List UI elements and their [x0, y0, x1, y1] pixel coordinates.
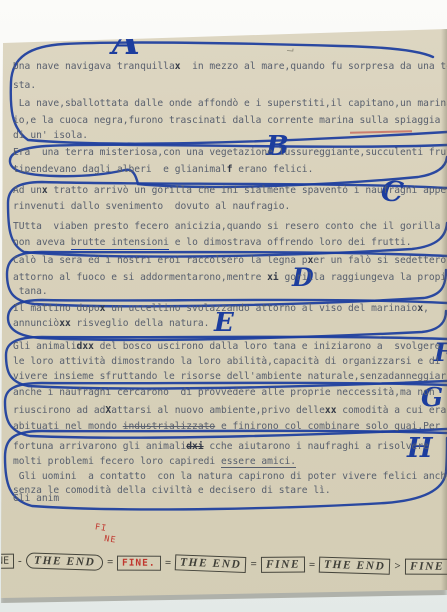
typed-line-h2: molti problemi fecero loro capiredi esse…	[13, 456, 447, 467]
annotation-letter-a: A	[112, 24, 140, 60]
stamp-connector: >	[394, 560, 400, 572]
typed-line-h1: fortuna arrivarono gli animalidxi cche a…	[13, 441, 447, 452]
typed-line-a1: Una nave navigava tranquillax in mezzo a…	[13, 61, 447, 72]
typed-line-e2: annunciòxx risveglio della natura.	[13, 318, 447, 329]
end-stamp: INE	[0, 553, 14, 568]
pencil-mark: ⌐	[286, 44, 295, 56]
typed-line-d3: tana.	[13, 286, 447, 297]
end-stamp: THE END	[175, 554, 247, 573]
end-stamp: THE END	[26, 552, 104, 570]
typed-line-h3: Gli uomini a contatto con la natura capi…	[13, 471, 447, 482]
end-stamp: FINE.	[117, 555, 161, 570]
paper-sheet: A B C D E F G H ⌐ Una nave navigava tran…	[0, 0, 447, 612]
typed-line-c1: Ad unx tratto arrivò un gorilla che ini …	[13, 185, 447, 196]
red-fine-line1: FI	[94, 522, 108, 534]
typed-line-b2: tipendevano dagli alberi e glianimalf er…	[13, 164, 447, 175]
stamp-connector: -	[18, 555, 22, 567]
typed-line-e1: Il mattino dopox un uccellino svolazzand…	[13, 303, 447, 314]
typed-line-d1: Calò la sera ed i nostri eroi raccolsero…	[13, 255, 447, 266]
typed-line-f3: vivere insieme sfruttando le risorse del…	[13, 371, 447, 382]
stamp-connector: =	[309, 559, 315, 571]
end-stamp: FINE	[261, 557, 305, 573]
typed-line-a3: La nave,sballottata dalle onde affondò e…	[13, 98, 447, 109]
typed-line-c4: non aveva brutte intensioni e lo dimostr…	[13, 237, 447, 248]
typed-line-g2: riuscirono ad adXattarsi al nuovo ambien…	[13, 405, 447, 416]
typed-line-g1: anche i naufraghi cercarono di provveder…	[13, 387, 447, 398]
stamp-connector: =	[107, 556, 113, 568]
end-stamp: THE END	[319, 557, 391, 575]
stamp-connector: =	[165, 557, 171, 569]
typed-line-a4: io,e la cuoca negra,furono trascinati da…	[13, 115, 447, 126]
scanned-document-photo: A B C D E F G H ⌐ Una nave navigava tran…	[0, 0, 447, 612]
typed-line-g3: abituati nel mondo industrializzato e fi…	[13, 421, 447, 432]
typed-line-a2: sta.	[13, 80, 447, 91]
typed-line-f2: le loro attività dimostrando la loro abi…	[13, 356, 447, 367]
end-stamps-row: INE-THE END=FINE.=THE END=FINE=THE END>F…	[0, 553, 447, 576]
typed-line-b1: Era una terra misteriosa,con una vegetaz…	[13, 147, 447, 158]
stamp-connector: =	[250, 558, 256, 570]
typed-line-d2: attorno al fuoco e si addormentarono,men…	[13, 272, 447, 283]
circle-paragraph-a	[11, 43, 447, 144]
typed-line-h5: Gli anim	[13, 493, 447, 504]
paper-edge-shadow	[441, 28, 447, 594]
red-fine-line2: NE	[103, 534, 117, 546]
typed-line-c2: rinvenuti dallo svenimento dovuto al nau…	[13, 201, 447, 212]
typed-line-f1: Gli animalidxx del bosco uscirono dalla …	[13, 341, 447, 352]
red-fine-typed-mark: FI NE	[93, 522, 119, 545]
typed-line-c3: TUtta viaben presto fecero anicizia,quan…	[13, 221, 447, 232]
typed-line-a5: di un' isola.	[13, 130, 447, 141]
